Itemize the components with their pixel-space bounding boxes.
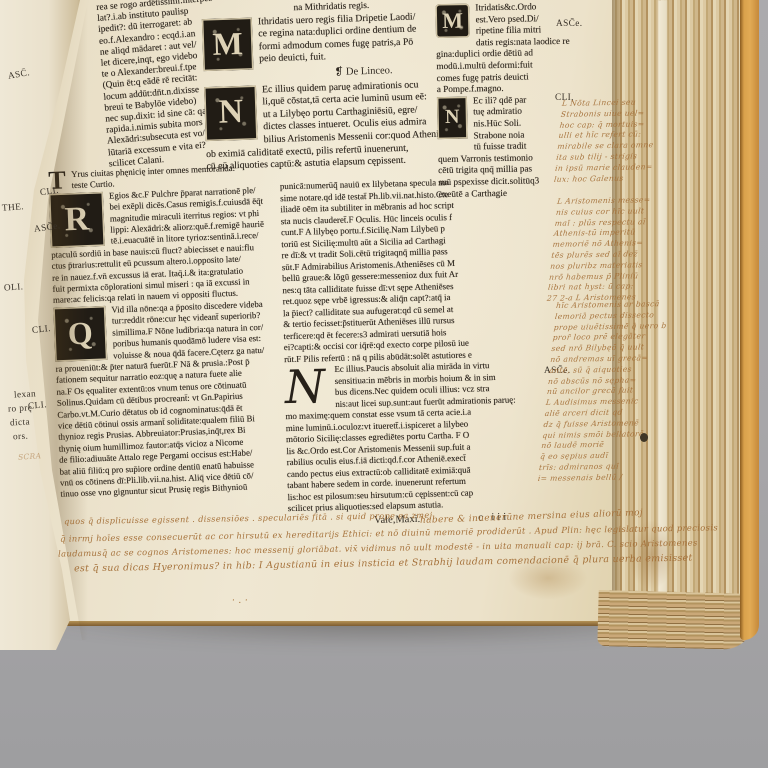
previous-page-hand-fragment: SCRA [18,451,42,462]
open-book: ASC̄.THE.OLI.lexanro prędictaors. SCRA C… [0,0,762,660]
commentary-nec-illius-continued: nis:aut licei sup.sunt:aut fuerūt admira… [285,393,548,514]
vellum-binding-edge [740,0,759,640]
woodcut-initial-m: M [202,17,254,71]
paragraph-regios-continued: ptaculū sordiū in base nauis:cū fluct? a… [51,240,305,307]
commentary-punica: punicā:numerūq̄ nauiū ex lilybetana spec… [280,175,544,365]
photograph-of-antique-book: ASC̄.THE.OLI.lexanro prędictaors. SCRA C… [0,0,768,768]
text-fragment: dicta [10,417,31,428]
lower-right-text-column: punicā:numerūq̄ nauiū ex lilybetana spec… [280,175,548,528]
text-fragment: lexan [14,389,37,400]
text-line: nō andremas uī grecā= [550,353,664,366]
lower-left-text-column: T Yrus ciuitas phęnicię inter omnes memo… [48,160,313,500]
top-right-commentary-column: M Itridatis&c.Ordoest.Vero psed.Di/ripet… [435,1,565,200]
text-fragment: CLI. [32,324,52,336]
top-center-text-column: na Mithridatis regis. M Ithridatis uero … [201,0,470,174]
text-line: i= messenais bellū / [537,472,651,485]
calligraphic-initial-n: N [284,366,331,407]
woodcut-initial-m-small: M [435,4,470,39]
text-fragment: THE. [2,202,25,214]
bottom-corner-page-block [597,590,754,650]
text-line: lux: hoc Galenus [553,173,652,185]
woodcut-initial-r: R [49,192,105,248]
woodcut-initial-n: N [204,85,258,141]
woodcut-initial-n-small: N [437,96,468,139]
text-line: hoc cap: q̄ mortuis= [559,119,658,131]
woodcut-initial-q: Q [53,306,107,362]
text-fragment: CLI. [28,400,48,412]
manuscript-note-right-1: L Nōta Lincei seuStrabonis uiue uel=hoc … [553,97,660,185]
paragraph-prusias: ra proueniūt:& p̄ter naturā fuerūt.F Nā … [55,354,312,500]
text-fragment: · . · [232,596,248,606]
text-fragment: OLI. [4,282,24,293]
manuscript-note-right-3: hīc Aristomenis ar bascālemoriā pectus d… [537,299,669,484]
text-line: in ipsū marie clauden= [554,162,653,174]
commentary-mithridatis-continued: datis regis:nata laodice regina:duplici … [436,36,564,96]
manuscript-note-right-2: L Aristomenis messe=nis cuius cor hīc uu… [546,195,651,305]
text-line: mirabile se clara omne [557,140,656,152]
text-fragment: ors. [13,432,29,443]
